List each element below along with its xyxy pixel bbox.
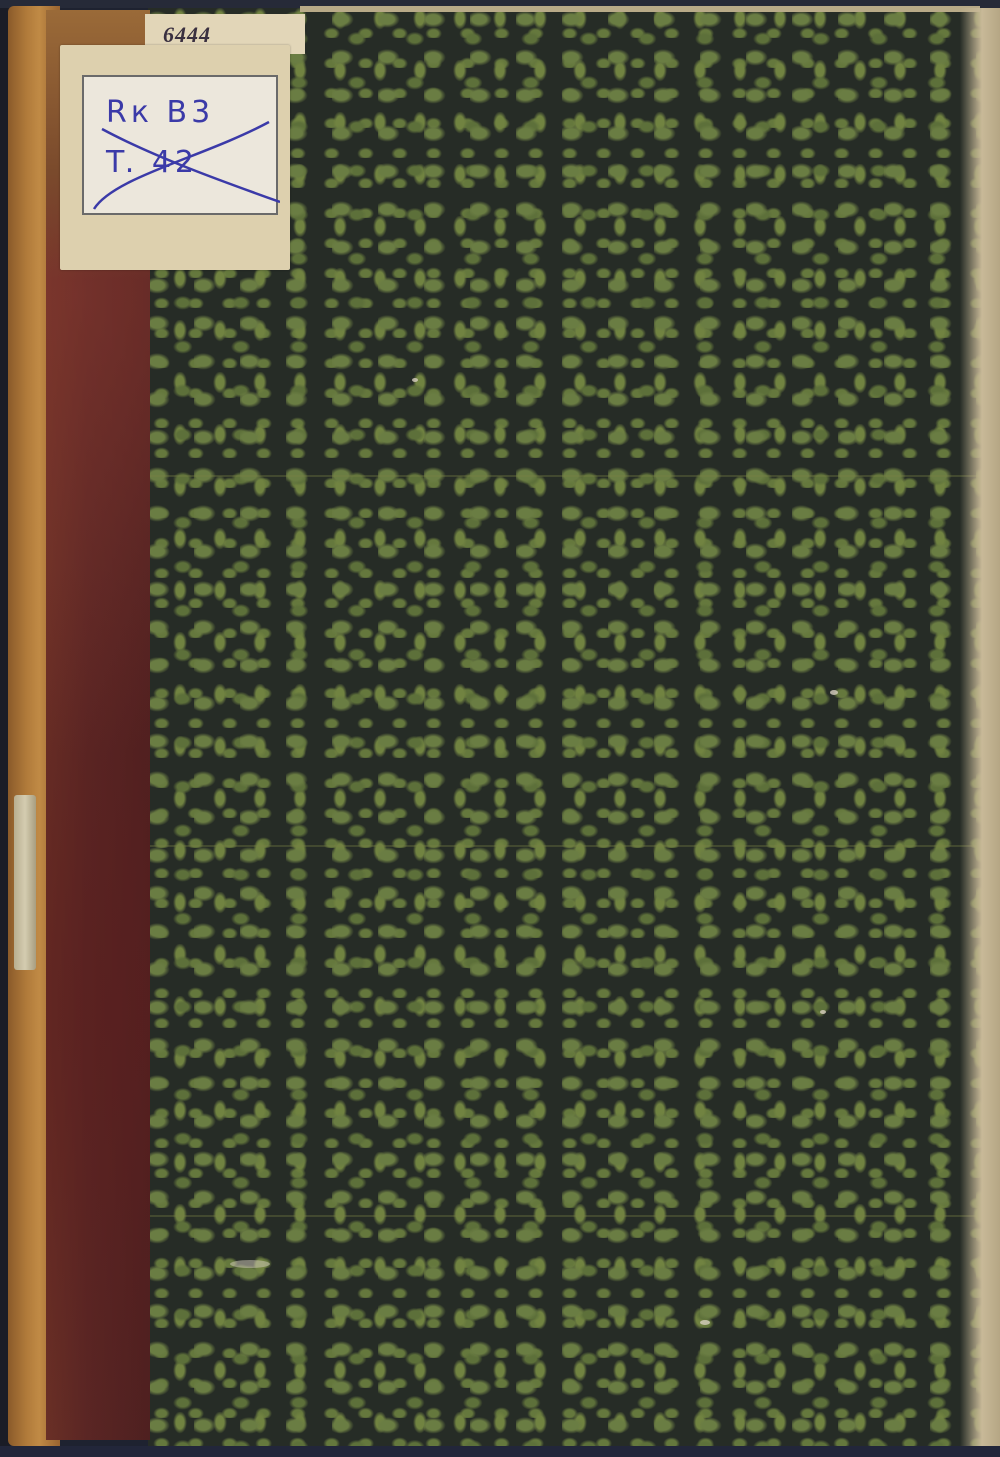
shelf-mark-label: Rк B3 T. 42 bbox=[82, 75, 278, 215]
crossed-out-mark-icon bbox=[84, 77, 280, 217]
wear-spot bbox=[700, 1320, 710, 1325]
wear-spot bbox=[230, 1260, 270, 1268]
wear-spot bbox=[830, 690, 838, 695]
worn-right-edge bbox=[960, 8, 1000, 1446]
cover-crease bbox=[148, 475, 986, 477]
page-edge-top bbox=[300, 6, 980, 12]
wear-spot bbox=[820, 1010, 826, 1014]
wear-spot bbox=[412, 378, 418, 382]
spine-label bbox=[14, 795, 36, 970]
cover-crease bbox=[148, 845, 986, 847]
cover-crease bbox=[148, 1215, 986, 1217]
background-shadow-bottom bbox=[0, 1446, 1000, 1457]
book-photo: 6444 Rк B3 T. 42 bbox=[0, 0, 1000, 1457]
